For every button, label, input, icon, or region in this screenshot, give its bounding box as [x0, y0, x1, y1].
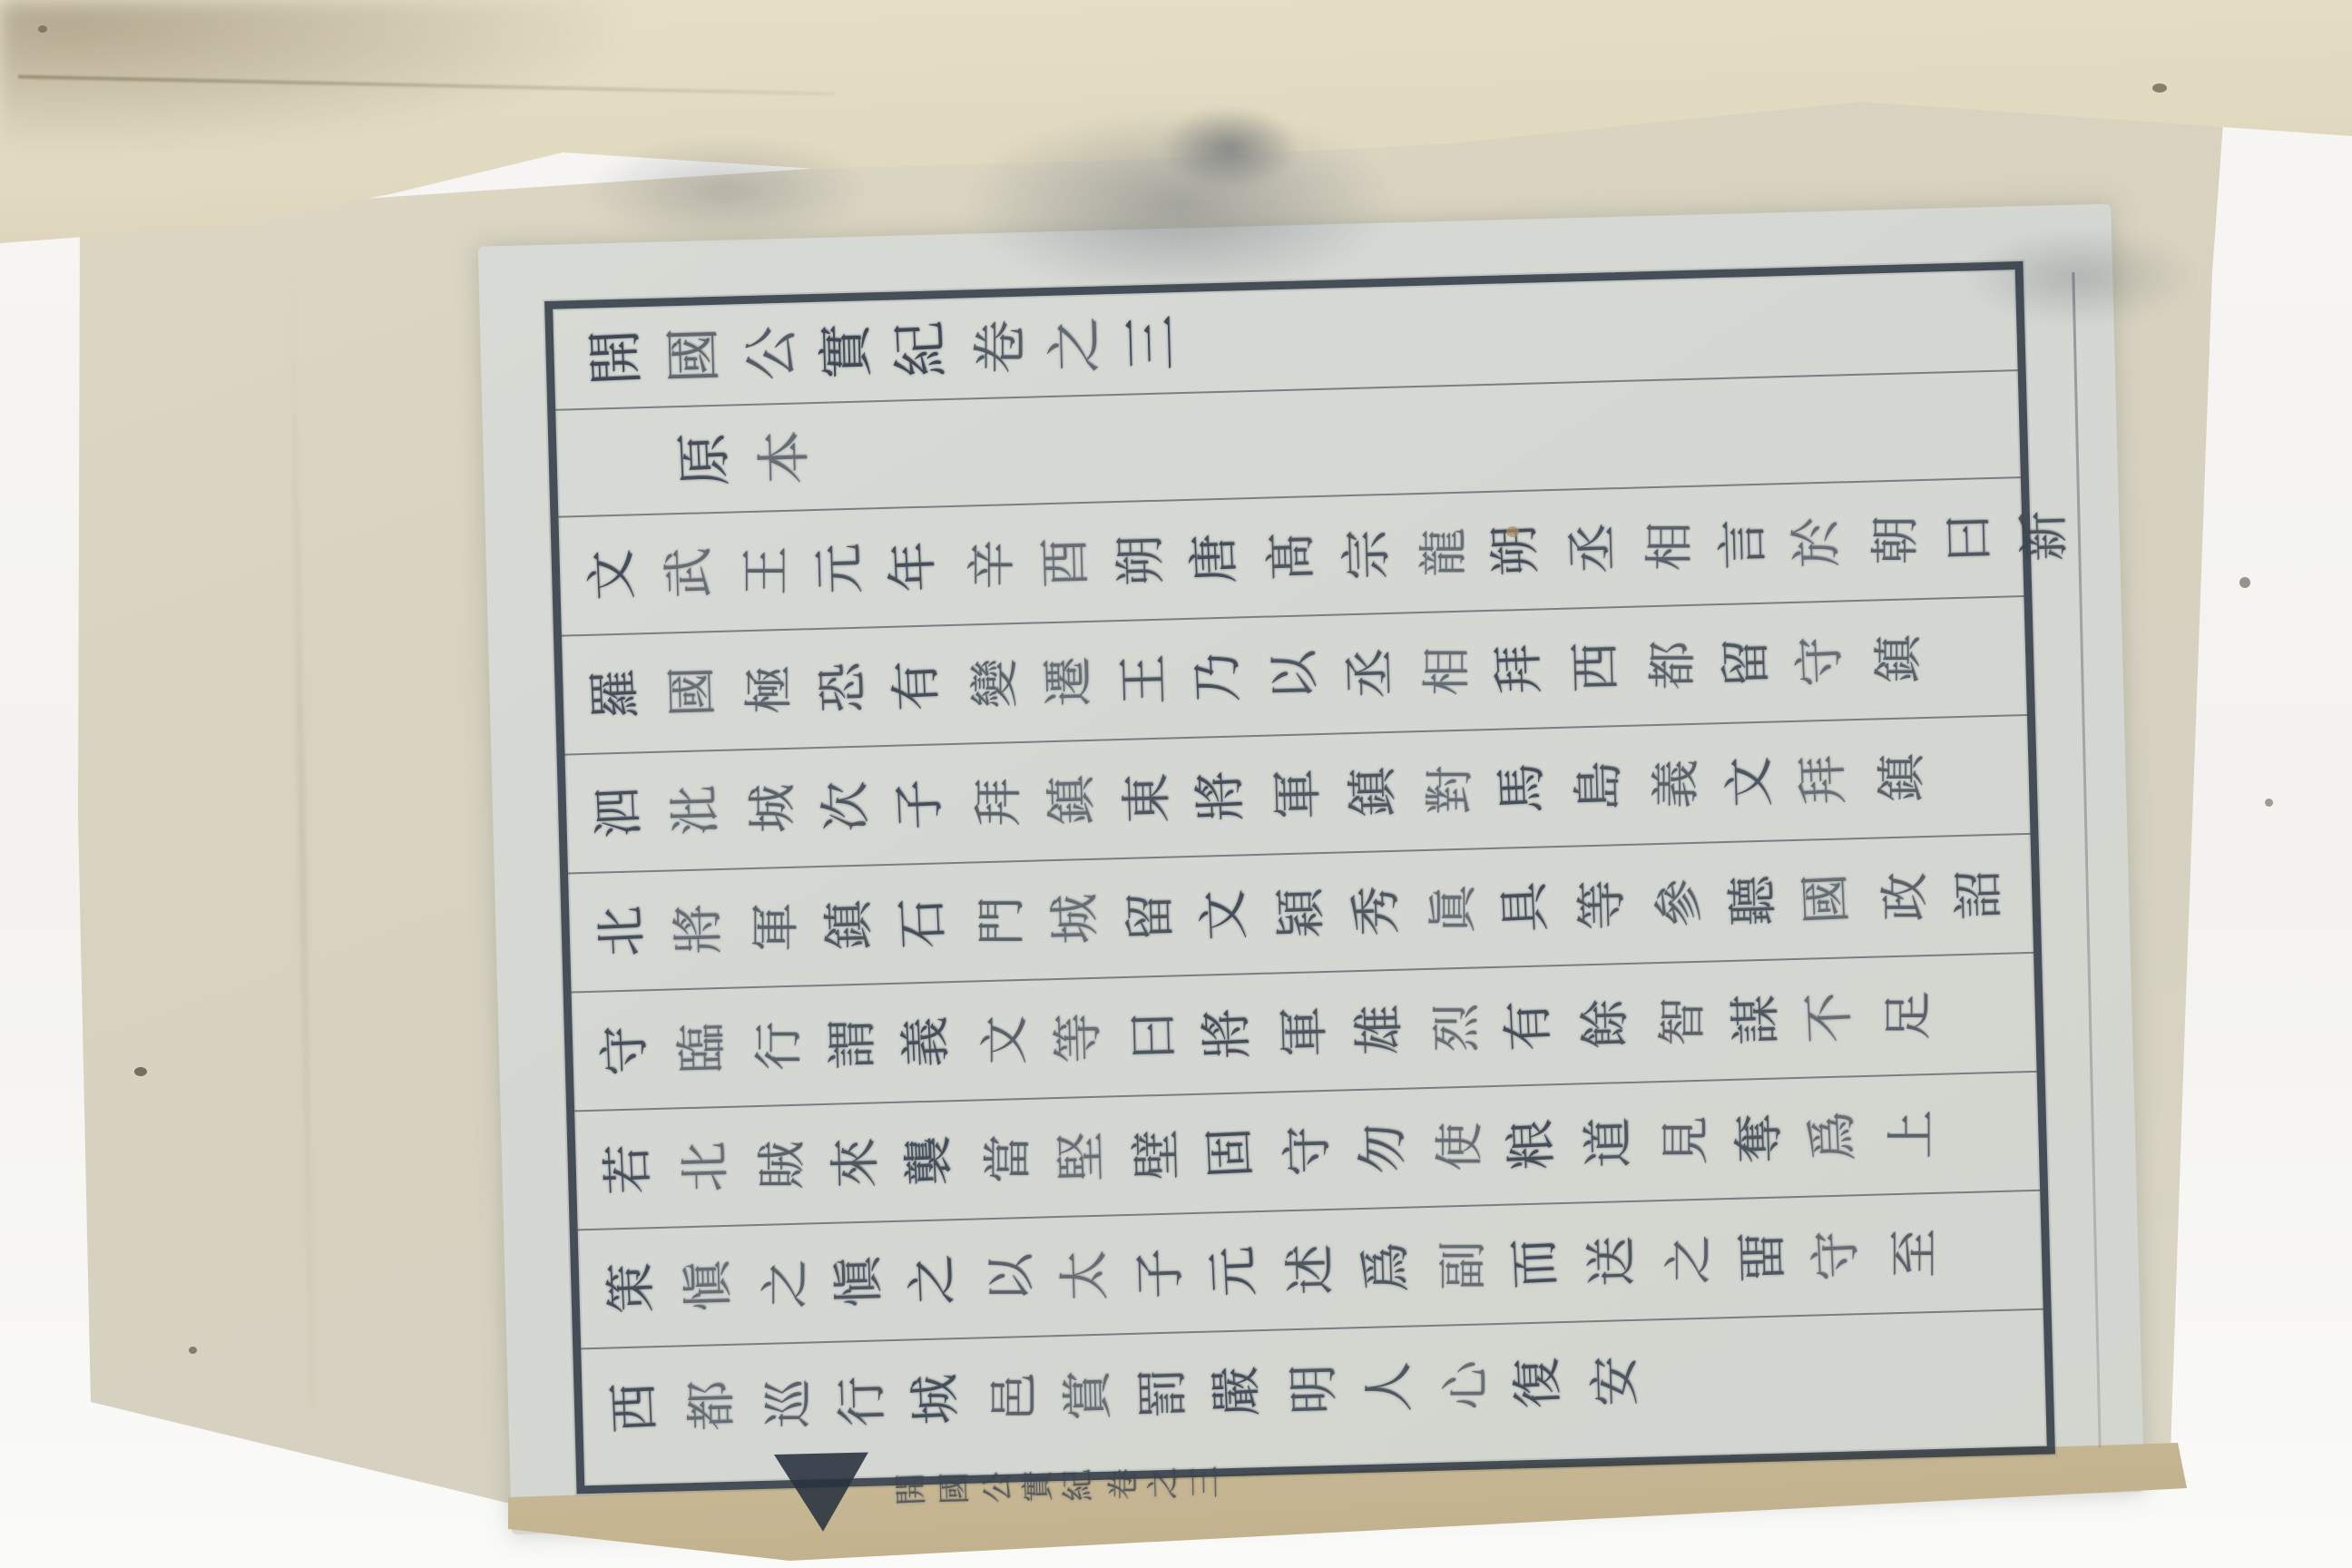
- han-glyph: 上: [1855, 1098, 1968, 1171]
- colophon-title: 開國公實紀卷之三: [892, 1440, 1228, 1532]
- paper-speck: [2152, 83, 2167, 93]
- wormhole-speck: [2265, 799, 2273, 807]
- folding-margin: 開國公實紀卷之三: [749, 1430, 1622, 1545]
- han-glyph: 安: [1555, 1342, 1676, 1421]
- han-glyph: 至: [1858, 1217, 1972, 1290]
- paper-speck: [134, 1067, 147, 1076]
- han-glyph: 本: [731, 416, 838, 497]
- fishtail-mark: [774, 1453, 870, 1534]
- han-glyph: 詔: [1919, 856, 2038, 934]
- stain-spot: [1506, 526, 1519, 537]
- book-photograph: 開國公實紀卷之三原本文武王元年辛酉朔唐髙宗龍朔丞相言於朝曰新羅國極恐有變遷王乃以…: [0, 0, 2352, 1568]
- paper-speck: [189, 1347, 197, 1354]
- frame-rows: 開國公實紀卷之三原本文武王元年辛酉朔唐髙宗龍朔丞相言於朝曰新羅國極恐有變遷王乃以…: [553, 269, 2046, 1468]
- han-glyph: 足: [1852, 979, 1965, 1053]
- wormhole-speck: [2239, 577, 2250, 588]
- han-glyph: 鎮: [1846, 741, 1959, 815]
- han-glyph: 三: [1100, 303, 1201, 382]
- paper-speck: [38, 25, 47, 33]
- han-glyph: 鎮: [1842, 622, 1955, 696]
- han-glyph: 新: [1985, 497, 2104, 575]
- woodblock-border-frame: 開國公實紀卷之三原本文武王元年辛酉朔唐髙宗龍朔丞相言於朝曰新羅國極恐有變遷王乃以…: [544, 261, 2055, 1494]
- han-glyph: 三: [1163, 1460, 1248, 1504]
